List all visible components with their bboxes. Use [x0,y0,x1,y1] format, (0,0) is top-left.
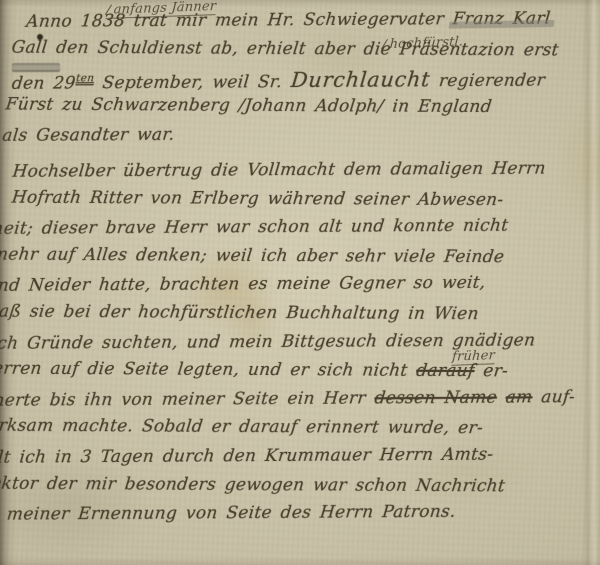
inserted-word-frueher: früher [451,348,495,366]
text-line: Hochselber übertrug die Vollmacht dem da… [11,154,578,186]
word-segment: innerte bis ihn von meiner Seite ein Her… [0,388,376,410]
word-segment: auf- [532,387,576,407]
word-segment: merksam machte. Sobald er darauf erinner… [0,416,484,439]
word-segment: Anno 1838 trat mir mein Hr. Schwiegervat… [25,9,453,32]
inserted-word-text: anfangs Jänner [113,0,217,18]
superscript-ordinal: ten [76,72,95,84]
text-line: Hofrath Ritter von Erlberg während seine… [10,183,575,215]
word-segment: mehr auf Alles denken; weil ich aber seh… [0,244,505,267]
ink-blot [37,34,43,40]
text-line: Gall den Schuldienst ab, erhielt aber di… [10,33,591,65]
word-segment: September, weil Sr. [93,72,292,93]
word-segment: Fürst zu Schwarzenberg /Johann Adolph/ i… [5,94,493,117]
manuscript-text: Anno 1838 trat mir mein Hr. Schwiegervat… [0,6,594,528]
text-line: und Neider hatte, brachten es meine Gegn… [0,269,566,301]
pencil-word-struck-out [12,63,60,72]
text-line: hielt ich in 3 Tagen durch den Krummauer… [0,440,548,472]
word-segment: als Gesandter war. [1,125,175,146]
inserted-word-hochfuerstl: /hochfürstl. [381,35,463,53]
text-line: Fürst zu Schwarzenberg /Johann Adolph/ i… [4,90,585,122]
word-segment: Gall den Schuldienst ab, erhielt aber di… [11,37,560,60]
text-line: als Gesandter war. [1,119,582,151]
paragraph-2: Hochselber übertrug die Vollmacht dem da… [0,156,578,528]
word-segment: heit; dieser brave Herr war schon alt un… [0,216,509,239]
paragraph-1: Anno 1838 trat mir mein Hr. Schwiegervat… [0,6,594,149]
word-segment: Hofrath Ritter von Erlberg während seine… [11,187,505,210]
manuscript-page: Anno 1838 trat mir mein Hr. Schwiegervat… [0,0,600,565]
text-line: mehr auf Alles denken; weil ich aber seh… [0,240,569,272]
struck-out-word: am [505,387,534,407]
word-segment: direktor der mir besonders gewogen war s… [0,473,506,496]
word-segment: Hochselber übertrug die Vollmacht dem da… [12,158,547,181]
inserted-word-text: hochfürstl. [389,35,464,53]
word-segment: Herren auf die Seite legten, und er sich… [0,359,417,381]
struck-out-word: dessen Name [374,387,498,408]
text-line: merksam machte. Sobald er darauf erinner… [0,412,551,444]
word-segment: und Neider hatte, brachten es meine Gegn… [0,273,487,296]
text-line: von meiner Ernennung von Seite des Herrn… [0,497,542,529]
text-line: direktor der mir besonders gewogen war s… [0,469,545,501]
word-segment: daß sie bei der hochfürstlichen Buchhalt… [0,301,480,324]
text-line: den 29ten September, weil Sr. Durchlauch… [11,61,588,93]
text-line: daß sie bei der hochfürstlichen Buchhalt… [0,297,563,329]
inserted-word-text: früher [452,348,496,365]
word-segment: Durchlaucht [290,67,432,92]
caret-insertion-mark: / [104,3,113,19]
word-segment: regierender [429,70,546,91]
text-line: heit; dieser brave Herr war schon alt un… [0,211,572,243]
highlighted-name: Franz Karl [452,9,552,30]
word-segment: hielt ich in 3 Tagen durch den Krummauer… [0,444,494,467]
text-line: innerte bis ihn von meiner Seite ein Her… [0,383,554,415]
word-segment: von meiner Ernennung von Seite des Herrn… [0,502,457,525]
